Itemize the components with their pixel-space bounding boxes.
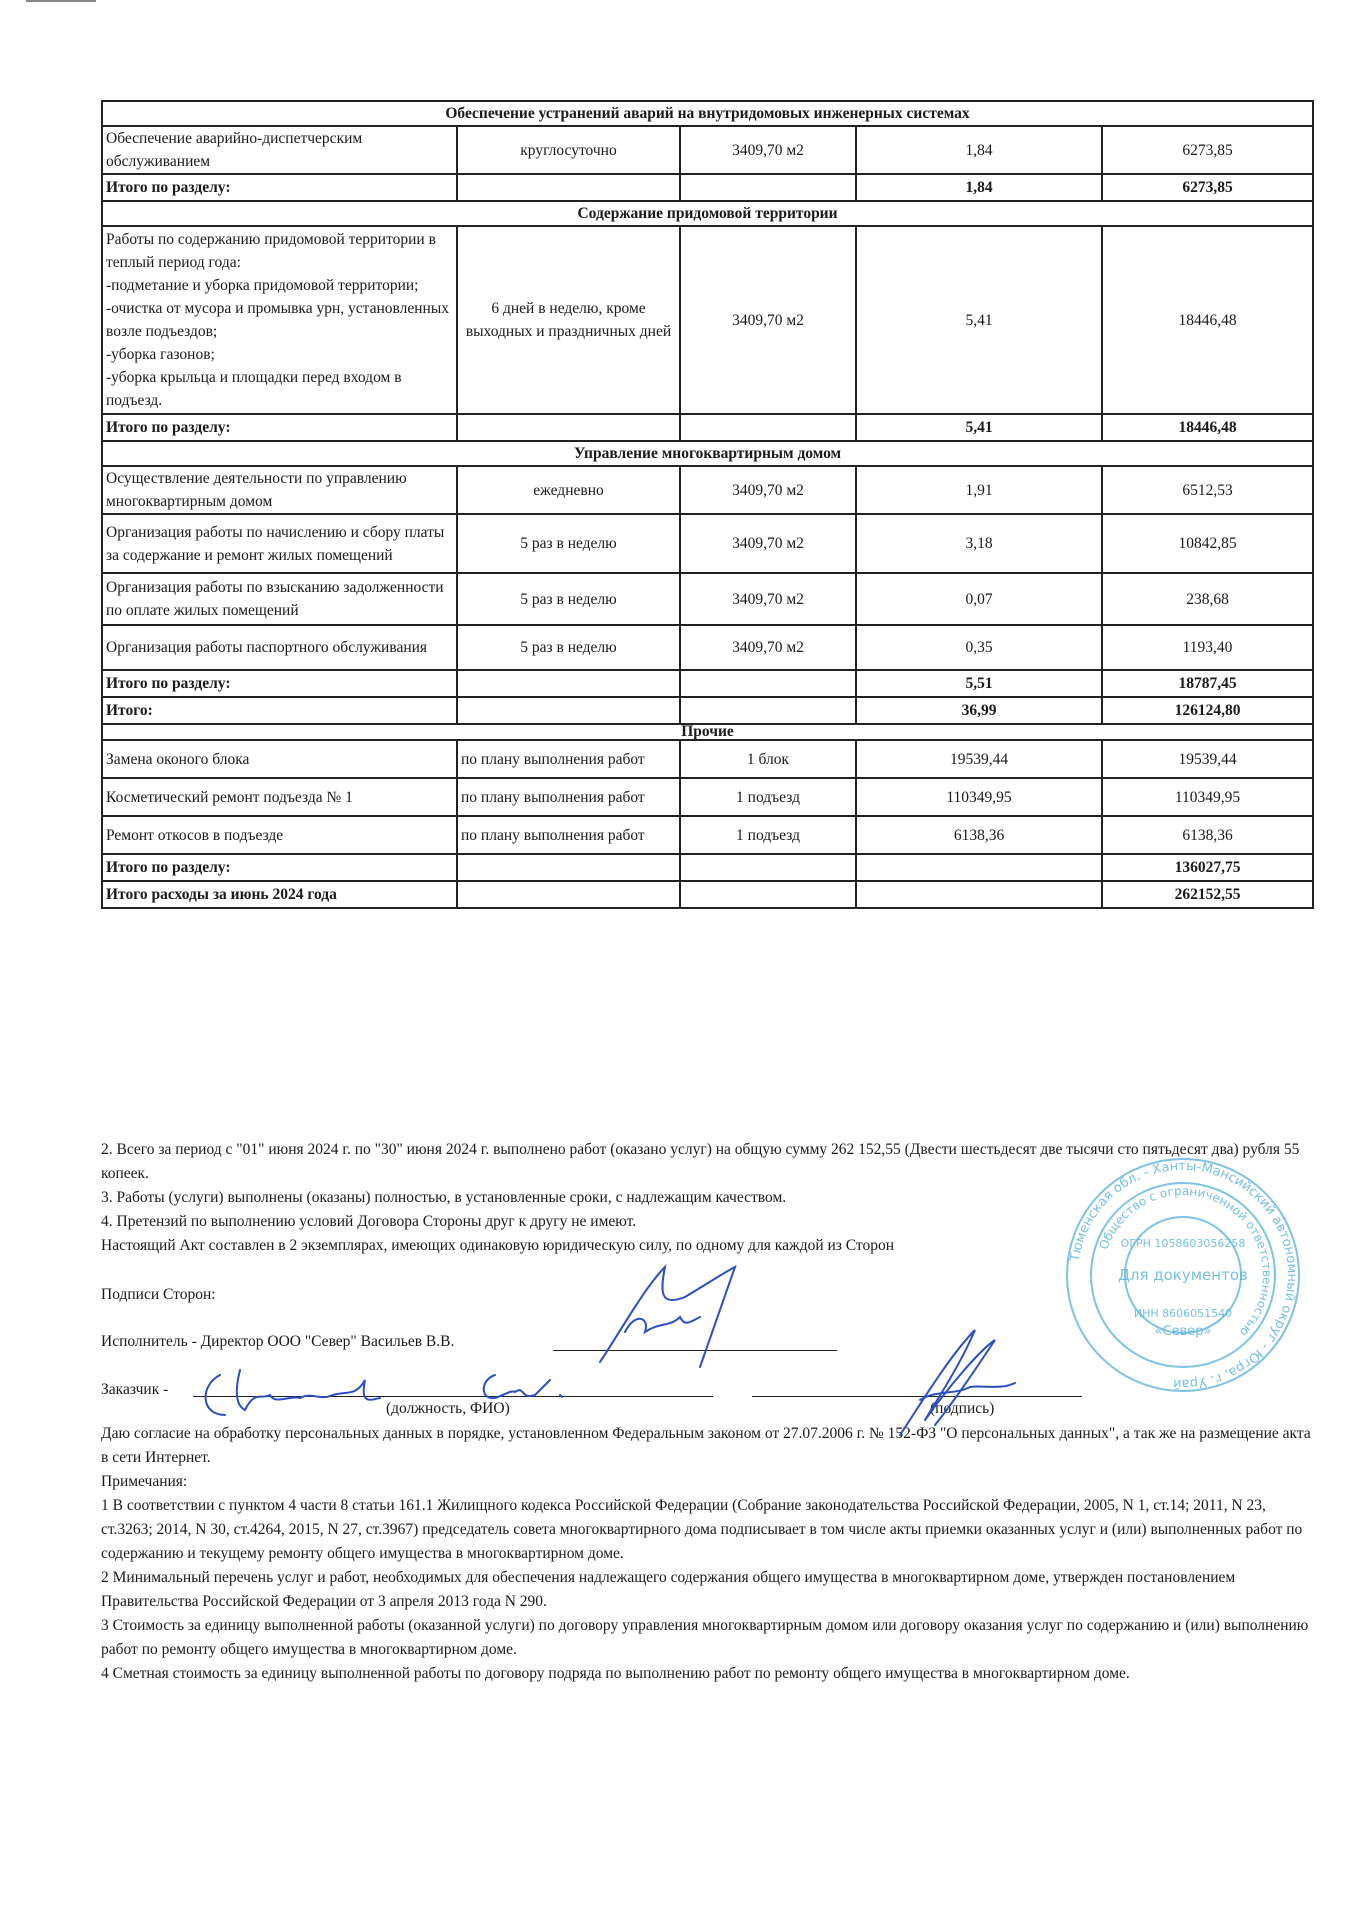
notes-title: Примечания: bbox=[101, 1470, 1321, 1494]
service-volume: 3409,70 м2 bbox=[680, 226, 856, 414]
service-name: Организация работы по начислению и сбору… bbox=[102, 514, 457, 573]
month-total-label: Итого расходы за июнь 2024 года bbox=[102, 881, 457, 908]
service-frequency: ежедневно bbox=[457, 466, 680, 514]
table-row: Косметический ремонт подъезда № 1по план… bbox=[102, 778, 1313, 816]
service-name: Ремонт откосов в подъезде bbox=[102, 816, 457, 854]
grand-total-label: Итого: bbox=[102, 697, 457, 724]
stamp-inn: ИНН 8606051540 bbox=[1134, 1307, 1232, 1320]
service-frequency: по плану выполнения работ bbox=[457, 778, 680, 816]
note-3: 3 Стоимость за единицу выполненной работ… bbox=[101, 1614, 1321, 1662]
section-header: Прочие bbox=[102, 724, 1313, 740]
section-total: Итого по разделу:136027,75 bbox=[102, 854, 1313, 881]
stamp-ogrn: ОГРН 1058603056258 bbox=[1121, 1237, 1246, 1250]
note-1: 1 В соответствии с пунктом 4 части 8 ста… bbox=[101, 1494, 1321, 1566]
executor-signature-line bbox=[553, 1350, 837, 1351]
section-header: Обеспечение устранений аварий на внутрид… bbox=[102, 101, 1313, 126]
service-volume: 3409,70 м2 bbox=[680, 126, 856, 174]
section-total-label: Итого по разделу: bbox=[102, 414, 457, 441]
table-row: Организация работы паспортного обслужива… bbox=[102, 625, 1313, 670]
service-cost: 10842,85 bbox=[1102, 514, 1313, 573]
section-title: Обеспечение устранений аварий на внутрид… bbox=[102, 101, 1313, 126]
section-header: Управление многоквартирным домом bbox=[102, 441, 1313, 466]
service-name: Организация работы по взысканию задолжен… bbox=[102, 573, 457, 625]
section-total-label: Итого по разделу: bbox=[102, 670, 457, 697]
note-2: 2 Минимальный перечень услуг и работ, не… bbox=[101, 1566, 1321, 1614]
service-rate: 1,91 bbox=[856, 466, 1102, 514]
service-frequency: по плану выполнения работ bbox=[457, 740, 680, 778]
service-frequency: 5 раз в неделю bbox=[457, 514, 680, 573]
table-row: Обеспечение аварийно-диспетчерским обслу… bbox=[102, 126, 1313, 174]
section-total-cost: 18446,48 bbox=[1102, 414, 1313, 441]
service-name: Осуществление деятельности по управлению… bbox=[102, 466, 457, 514]
section-total-label: Итого по разделу: bbox=[102, 174, 457, 201]
stamp-center: Для документов bbox=[1118, 1266, 1248, 1284]
service-name: Работы по содержанию придомовой территор… bbox=[102, 226, 457, 414]
month-total-cost: 262152,55 bbox=[1102, 881, 1313, 908]
section-total: Итого по разделу:1,846273,85 bbox=[102, 174, 1313, 201]
caption-position-name: (должность, ФИО) bbox=[386, 1400, 510, 1418]
section-title: Управление многоквартирным домом bbox=[102, 441, 1313, 466]
service-name: Замена оконого блока bbox=[102, 740, 457, 778]
service-volume: 3409,70 м2 bbox=[680, 466, 856, 514]
section-total-label: Итого по разделу: bbox=[102, 854, 457, 881]
service-cost: 1193,40 bbox=[1102, 625, 1313, 670]
month-total: Итого расходы за июнь 2024 года262152,55 bbox=[102, 881, 1313, 908]
service-frequency: 5 раз в неделю bbox=[457, 573, 680, 625]
service-cost: 19539,44 bbox=[1102, 740, 1313, 778]
service-name: Косметический ремонт подъезда № 1 bbox=[102, 778, 457, 816]
service-cost: 18446,48 bbox=[1102, 226, 1313, 414]
executor-signature bbox=[590, 1262, 790, 1372]
service-cost: 6138,36 bbox=[1102, 816, 1313, 854]
company-stamp: Тюменская обл. - Ханты-Мансийский автоно… bbox=[1058, 1155, 1308, 1395]
service-rate: 6138,36 bbox=[856, 816, 1102, 854]
service-frequency: 6 дней в неделю, кроме выходных и праздн… bbox=[457, 226, 680, 414]
section-total-rate: 5,51 bbox=[856, 670, 1102, 697]
scan-artifact bbox=[26, 0, 96, 2]
stamp-company-name: «Север» bbox=[1155, 1324, 1212, 1339]
service-rate: 3,18 bbox=[856, 514, 1102, 573]
services-table: Обеспечение устранений аварий на внутрид… bbox=[101, 100, 1314, 909]
service-rate: 110349,95 bbox=[856, 778, 1102, 816]
service-rate: 1,84 bbox=[856, 126, 1102, 174]
consent-text: Даю согласие на обработку персональных д… bbox=[101, 1422, 1321, 1470]
table-row: Ремонт откосов в подъездепо плану выполн… bbox=[102, 816, 1313, 854]
section-total-cost: 136027,75 bbox=[1102, 854, 1313, 881]
service-name: Организация работы паспортного обслужива… bbox=[102, 625, 457, 670]
service-volume: 1 подъезд bbox=[680, 816, 856, 854]
section-total-rate: 1,84 bbox=[856, 174, 1102, 201]
section-header: Содержание придомовой территории bbox=[102, 201, 1313, 226]
section-title: Прочие bbox=[102, 724, 1313, 740]
section-total: Итого по разделу:5,5118787,45 bbox=[102, 670, 1313, 697]
table-row: Замена оконого блокапо плану выполнения … bbox=[102, 740, 1313, 778]
caption-signature: (подпись) bbox=[930, 1400, 994, 1418]
service-rate: 5,41 bbox=[856, 226, 1102, 414]
table-row: Организация работы по взысканию задолжен… bbox=[102, 573, 1313, 625]
customer-signature-line bbox=[752, 1396, 1082, 1397]
service-rate: 19539,44 bbox=[856, 740, 1102, 778]
service-cost: 238,68 bbox=[1102, 573, 1313, 625]
service-frequency: по плану выполнения работ bbox=[457, 816, 680, 854]
service-volume: 3409,70 м2 bbox=[680, 514, 856, 573]
grand-total: Итого:36,99126124,80 bbox=[102, 697, 1313, 724]
service-volume: 1 блок bbox=[680, 740, 856, 778]
service-cost: 110349,95 bbox=[1102, 778, 1313, 816]
service-frequency: круглосуточно bbox=[457, 126, 680, 174]
executor-label: Исполнитель - Директор ООО "Север" Васил… bbox=[101, 1330, 454, 1354]
section-total: Итого по разделу:5,4118446,48 bbox=[102, 414, 1313, 441]
table-row: Работы по содержанию придомовой территор… bbox=[102, 226, 1313, 414]
service-frequency: 5 раз в неделю bbox=[457, 625, 680, 670]
customer-position-line bbox=[193, 1396, 713, 1397]
service-name: Обеспечение аварийно-диспетчерским обслу… bbox=[102, 126, 457, 174]
service-volume: 1 подъезд bbox=[680, 778, 856, 816]
service-volume: 3409,70 м2 bbox=[680, 573, 856, 625]
service-rate: 0,07 bbox=[856, 573, 1102, 625]
section-total-cost: 6273,85 bbox=[1102, 174, 1313, 201]
section-title: Содержание придомовой территории bbox=[102, 201, 1313, 226]
service-cost: 6512,53 bbox=[1102, 466, 1313, 514]
section-total-rate: 5,41 bbox=[856, 414, 1102, 441]
customer-label: Заказчик - bbox=[101, 1378, 168, 1402]
grand-total-rate: 36,99 bbox=[856, 697, 1102, 724]
note-4: 4 Сметная стоимость за единицу выполненн… bbox=[101, 1662, 1321, 1686]
grand-total-cost: 126124,80 bbox=[1102, 697, 1313, 724]
table-row: Осуществление деятельности по управлению… bbox=[102, 466, 1313, 514]
service-volume: 3409,70 м2 bbox=[680, 625, 856, 670]
section-total-cost: 18787,45 bbox=[1102, 670, 1313, 697]
table-row: Организация работы по начислению и сбору… bbox=[102, 514, 1313, 573]
service-rate: 0,35 bbox=[856, 625, 1102, 670]
service-cost: 6273,85 bbox=[1102, 126, 1313, 174]
